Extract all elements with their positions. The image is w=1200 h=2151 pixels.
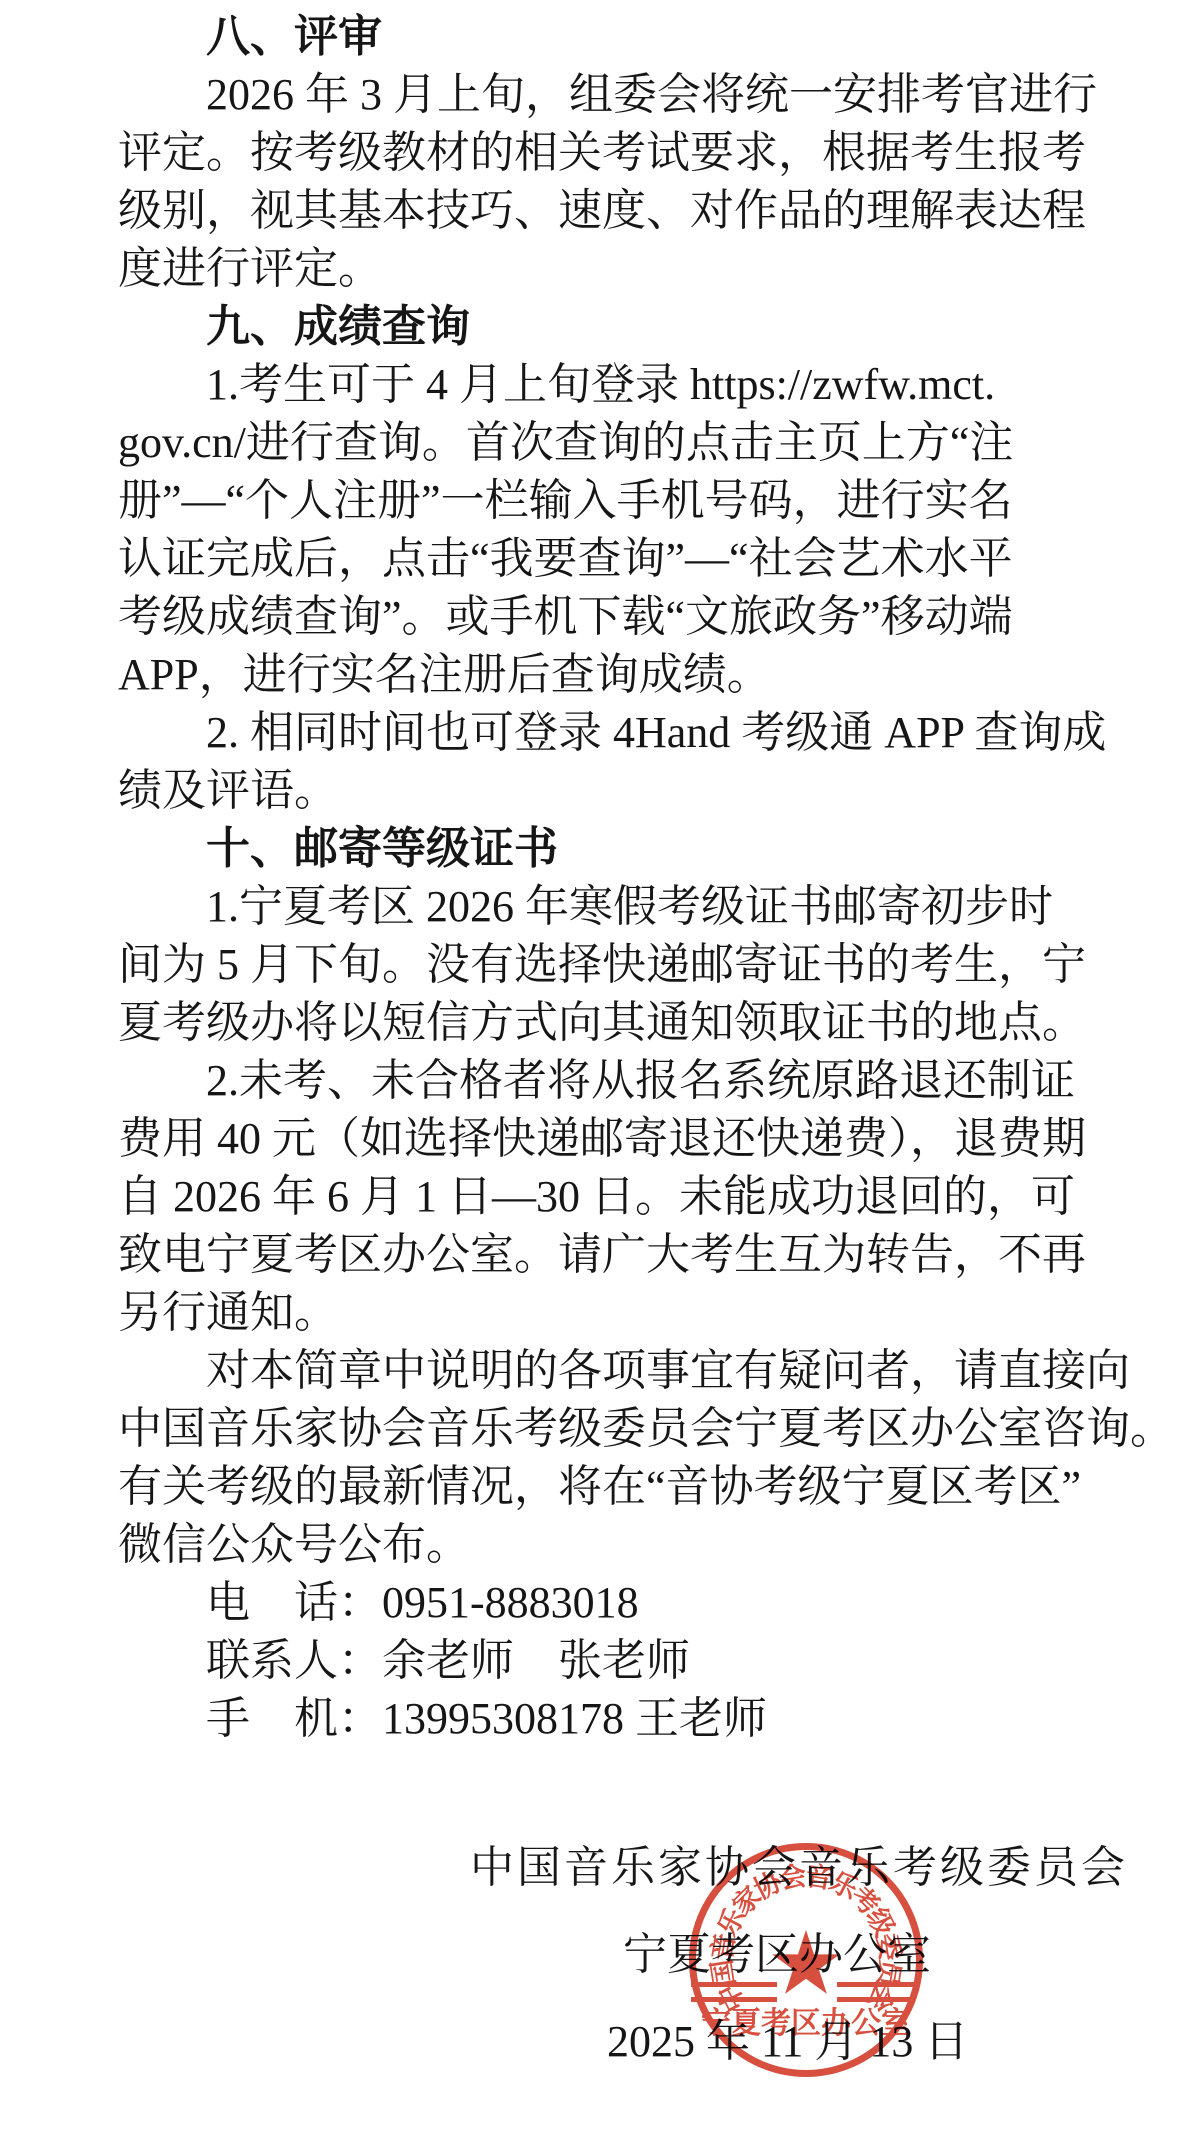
doc-line: 费用 40 元（如选择快递邮寄退还快递费），退费期 bbox=[118, 1110, 1095, 1168]
doc-line: 册”—“个人注册”一栏输入手机号码，进行实名 bbox=[118, 472, 1095, 530]
doc-line: 2. 相同时间也可登录 4Hand 考级通 APP 查询成 bbox=[118, 704, 1095, 762]
doc-line: 中国音乐家协会音乐考级委员会宁夏考区办公室咨询。 bbox=[118, 1400, 1095, 1458]
section-heading: 八、评审 bbox=[118, 8, 1095, 66]
doc-line: 级别，视其基本技巧、速度、对作品的理解表达程 bbox=[118, 182, 1095, 240]
doc-line: 微信公众号公布。 bbox=[118, 1516, 1095, 1574]
doc-line: 2.未考、未合格者将从报名系统原路退还制证 bbox=[118, 1052, 1095, 1110]
doc-line: 夏考级办将以短信方式向其通知领取证书的地点。 bbox=[118, 994, 1095, 1052]
doc-line: 手 机：13995308178 王老师 bbox=[118, 1690, 1095, 1748]
doc-line: 电 话：0951-8883018 bbox=[118, 1574, 1095, 1632]
doc-line: 自 2026 年 6 月 1 日—30 日。未能成功退回的，可 bbox=[118, 1168, 1095, 1226]
doc-line: 考级成绩查询”。或手机下载“文旅政务”移动端 bbox=[118, 588, 1095, 646]
section-heading: 十、邮寄等级证书 bbox=[118, 820, 1095, 878]
document-lines: 八、评审2026 年 3 月上旬，组委会将统一安排考官进行评定。按考级教材的相关… bbox=[118, 8, 1095, 1748]
doc-line: 对本简章中说明的各项事宜有疑问者，请直接向 bbox=[118, 1342, 1095, 1400]
document-body: 八、评审2026 年 3 月上旬，组委会将统一安排考官进行评定。按考级教材的相关… bbox=[0, 8, 1200, 2085]
doc-line: 1.考生可于 4 月上旬登录 https://zwfw.mct. bbox=[118, 356, 1095, 414]
doc-line: 绩及评语。 bbox=[118, 762, 1095, 820]
doc-line: 评定。按考级教材的相关考试要求，根据考生报考 bbox=[118, 124, 1095, 182]
doc-line: 另行通知。 bbox=[118, 1284, 1095, 1342]
doc-line: 致电宁夏考区办公室。请广大考生互为转告，不再 bbox=[118, 1226, 1095, 1284]
signature-organization: 中国音乐家协会音乐考级委员会 bbox=[470, 1824, 1095, 1911]
doc-line: gov.cn/进行查询。首次查询的点击主页上方“注 bbox=[118, 414, 1095, 472]
doc-line: 度进行评定。 bbox=[118, 240, 1095, 298]
doc-line: 1.宁夏考区 2026 年寒假考级证书邮寄初步时 bbox=[118, 878, 1095, 936]
signature-block: 中国音乐家协会音乐考级委员会 宁夏考区办公室 2025 年 11 月 13 日 bbox=[118, 1824, 1095, 2085]
doc-line: 间为 5 月下旬。没有选择快递邮寄证书的考生，宁 bbox=[118, 936, 1095, 994]
doc-line: 有关考级的最新情况，将在“音协考级宁夏区考区” bbox=[118, 1458, 1095, 1516]
signature-date: 2025 年 11 月 13 日 bbox=[607, 1998, 1095, 2085]
doc-line: 联系人：余老师 张老师 bbox=[118, 1632, 1095, 1690]
signature-office: 宁夏考区办公室 bbox=[623, 1911, 1095, 1998]
doc-line: APP，进行实名注册后查询成绩。 bbox=[118, 646, 1095, 704]
section-heading: 九、成绩查询 bbox=[118, 298, 1095, 356]
doc-line: 2026 年 3 月上旬，组委会将统一安排考官进行 bbox=[118, 66, 1095, 124]
doc-line: 认证完成后，点击“我要查询”—“社会艺术水平 bbox=[118, 530, 1095, 588]
